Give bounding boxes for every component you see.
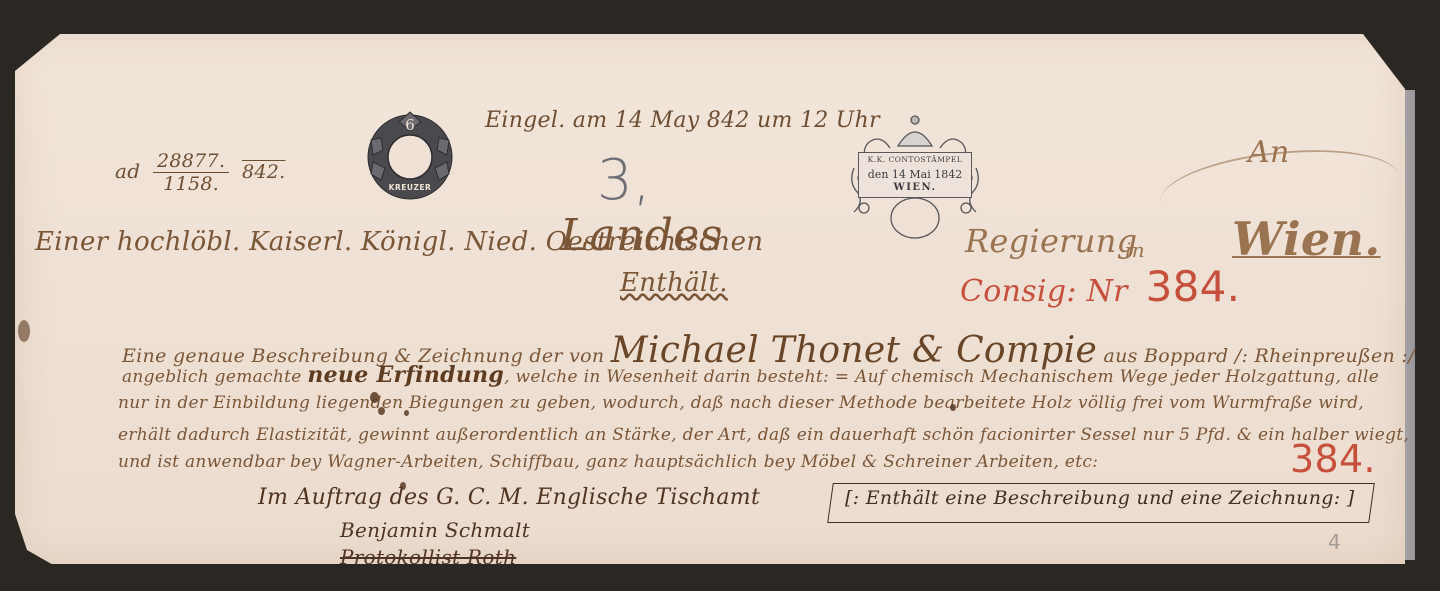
authority-regierung: Regierung (965, 222, 1137, 260)
ink-blot (378, 407, 385, 415)
conto-stamp-frame: K.K. CONTOSTÄMPEL den 14 Mai 1842 WIEN. (858, 152, 972, 198)
reference-numerator: 28877. (153, 150, 229, 173)
archive-page-number: 4 (1328, 530, 1341, 554)
consignment-label: Consig: Nr (960, 274, 1128, 309)
invention-phrase: neue Erfindung (307, 362, 504, 388)
signature-line-2: Benjamin Schmalt (340, 518, 530, 542)
reference-denominator: 1158. (153, 173, 229, 195)
signature-line-1: Im Auftrag des G. C. M. Englische Tischa… (258, 485, 760, 510)
stamp-value: 6 (405, 116, 415, 134)
heading-enthaelt: Enthält. (620, 268, 728, 298)
preposition-in: in (1125, 238, 1145, 262)
reference-fraction: 28877. 1158. (153, 150, 229, 195)
received-note: Eingel. am 14 May 842 um 12 Uhr (485, 108, 880, 133)
reference-number: ad 28877. 1158. 842. (115, 150, 285, 195)
ink-blot (370, 392, 379, 403)
document-viewer: ad 28877. 1158. 842. 6 KREUZER Eingel. a… (0, 0, 1440, 591)
boxed-note-text: [: Enthält eine Beschreibung und eine Ze… (845, 487, 1354, 509)
paper-edge (1405, 90, 1415, 560)
ink-blot (404, 410, 409, 416)
consignment-value: 384. (1146, 262, 1241, 311)
reference-prefix: ad (115, 159, 140, 183)
reference-year: 842. (242, 161, 286, 183)
consignment-number: Consig: Nr 384. (960, 262, 1240, 311)
signature-line-3: Protokollist Roth (340, 545, 516, 569)
body-line-2-pre: angeblich gemachte (122, 367, 307, 387)
body-line-2: angeblich gemachte neue Erfindung, welch… (122, 362, 1379, 388)
authority-landes: Landes (560, 210, 722, 261)
conto-stamp-line1: K.K. CONTOSTÄMPEL (859, 155, 971, 164)
kreuzer-tax-stamp-icon: 6 KREUZER (363, 110, 457, 204)
destination-city: Wien. (1232, 212, 1381, 266)
an-word: An (1248, 135, 1290, 170)
conto-stamp-date: den 14 Mai 1842 (859, 168, 971, 181)
svg-text:KREUZER: KREUZER (389, 183, 432, 192)
conto-stamp-icon: K.K. CONTOSTÄMPEL den 14 Mai 1842 WIEN. (850, 108, 980, 243)
pencil-number: 3, (597, 148, 651, 213)
conto-stamp-city: WIEN. (859, 182, 971, 193)
ink-blot (18, 320, 30, 342)
margin-number-red: 384. (1290, 437, 1376, 481)
body-line-3: nur in der Einbildung liegenden Biegunge… (118, 393, 1364, 413)
ink-blot (950, 404, 956, 411)
body-line-2-post: , welche in Wesenheit darin besteht: = A… (504, 367, 1379, 387)
body-line-4: erhält dadurch Elastizität, gewinnt auße… (118, 425, 1409, 445)
body-line-5: und ist anwendbar bey Wagner-Arbeiten, S… (118, 452, 1098, 472)
